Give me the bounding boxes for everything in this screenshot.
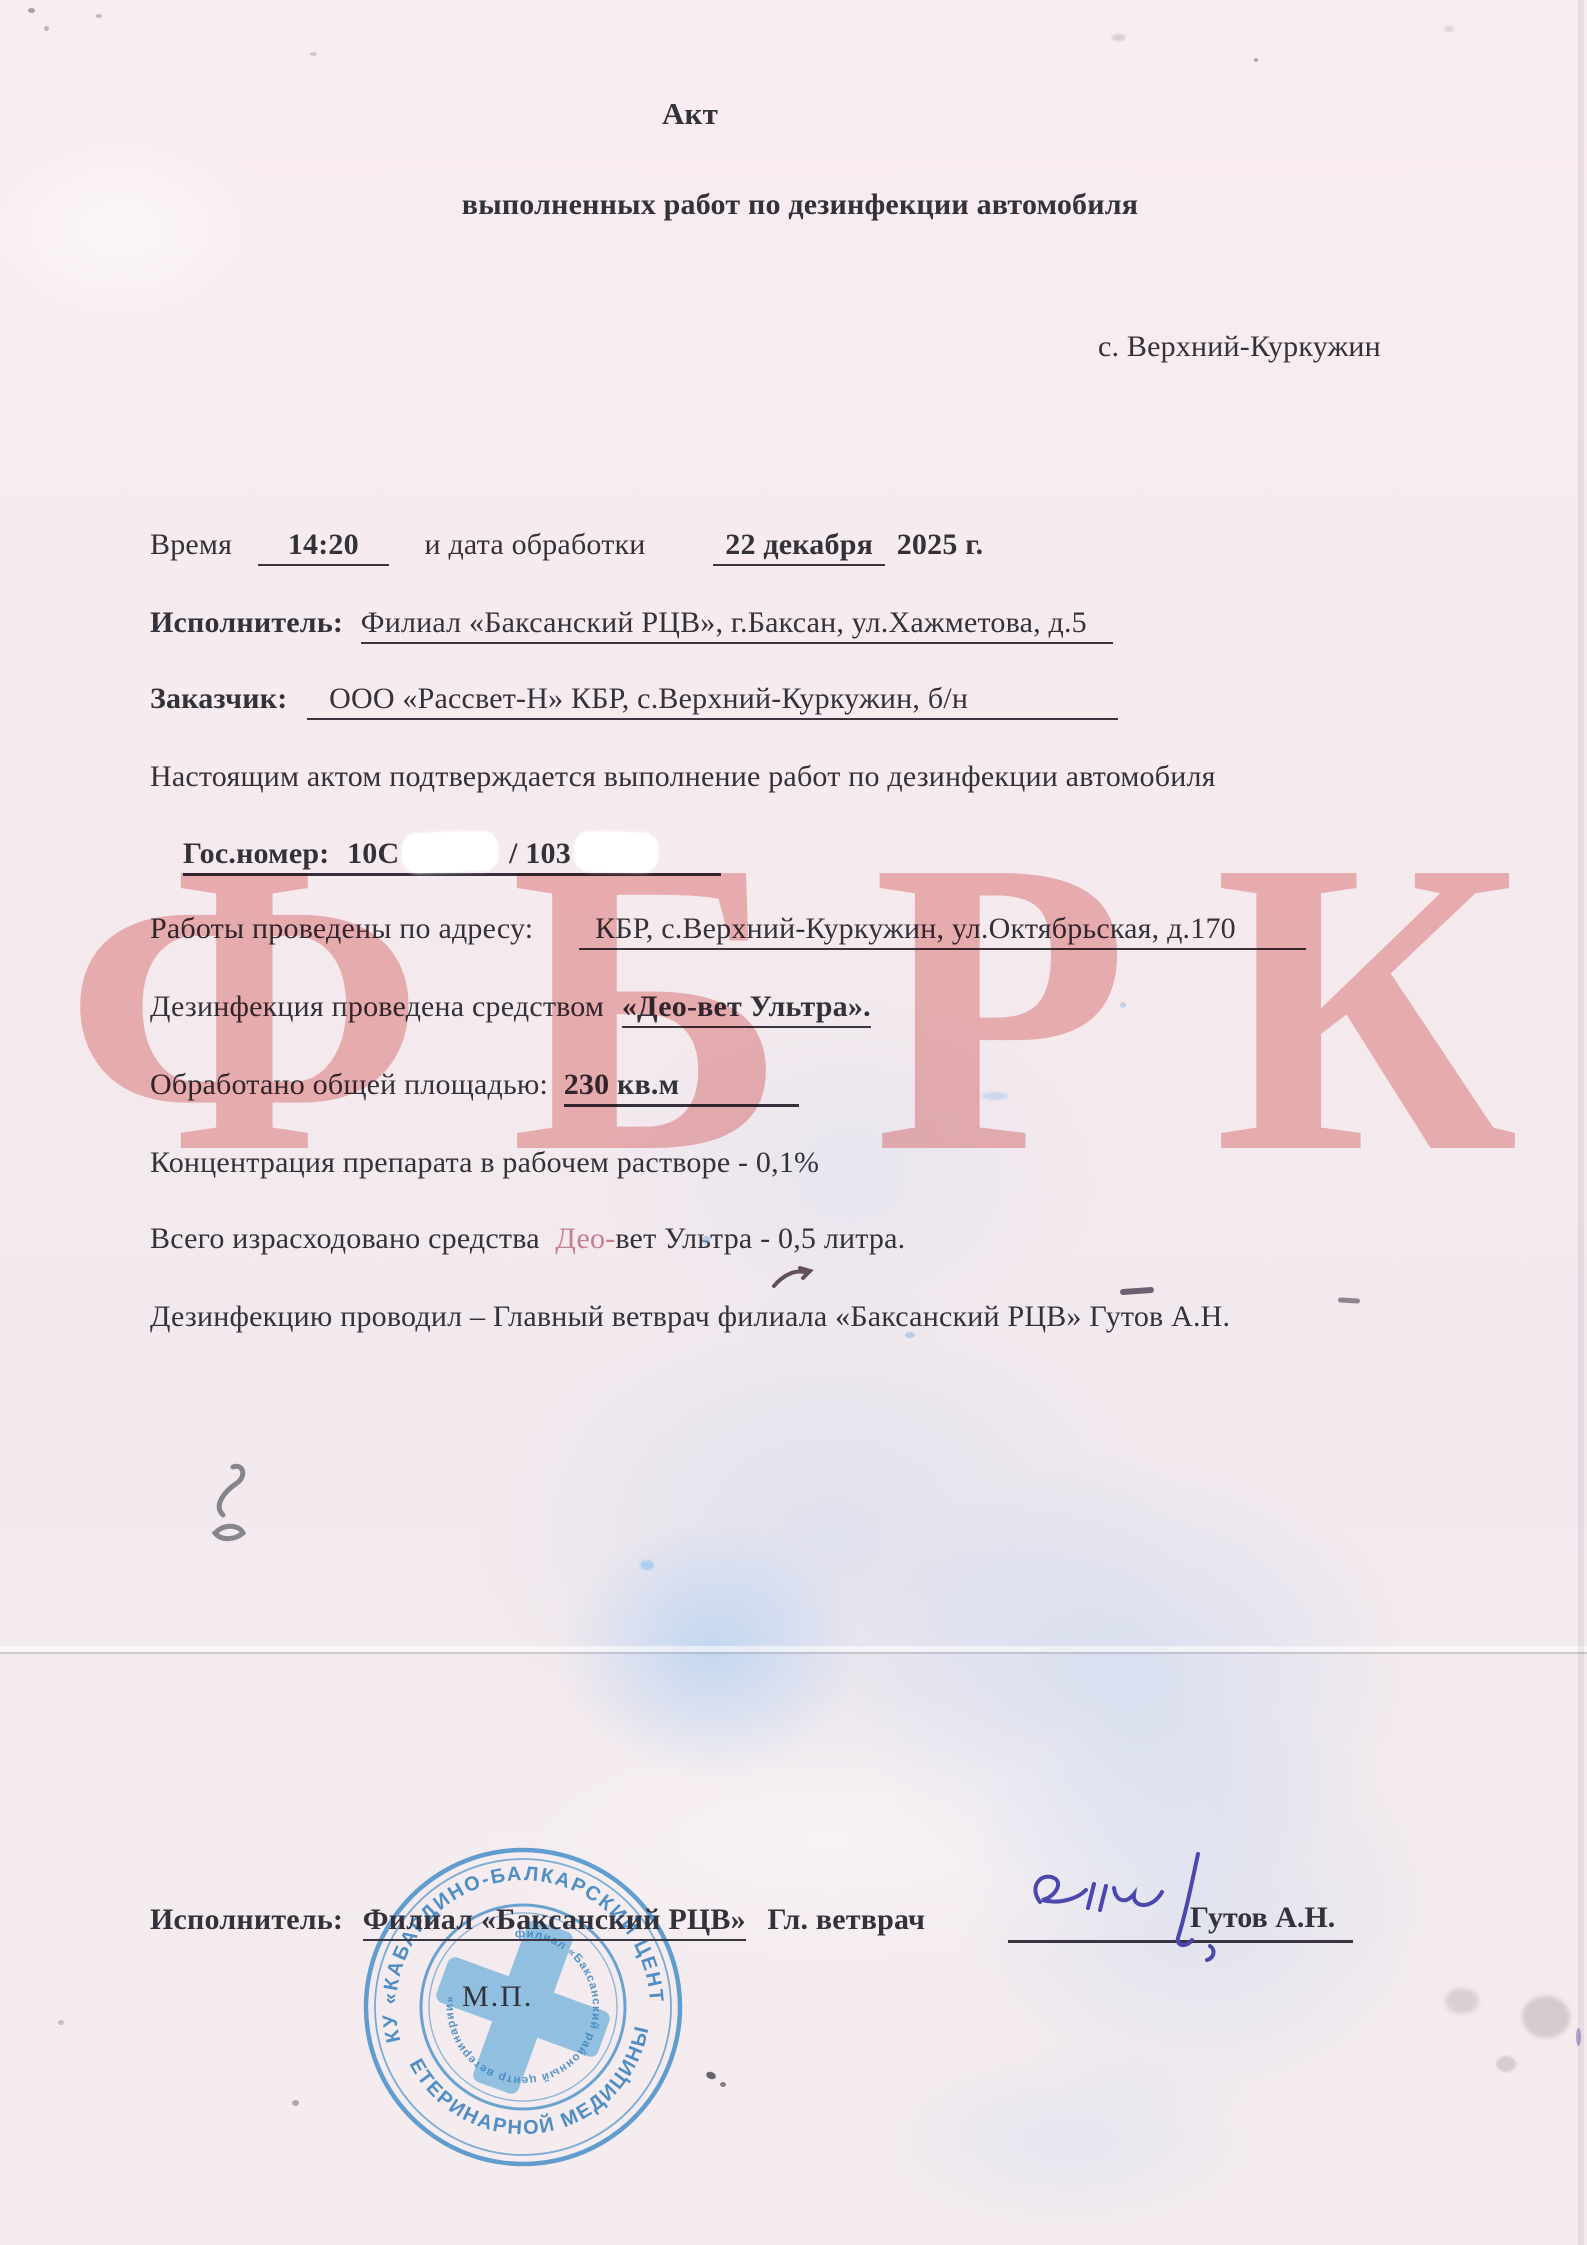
area-label: Обработано общей площадью: <box>150 1068 548 1101</box>
document-location: с. Верхний-Куркужин <box>1098 330 1381 364</box>
executor-label: Исполнитель: <box>150 606 343 639</box>
address-line: Работы проведены по адресу: КБР, с.Верхн… <box>150 912 1306 946</box>
redaction-box <box>573 831 658 873</box>
consumed-prefix: Всего израсходовано средства <box>150 1222 540 1255</box>
document-subtitle: выполненных работ по дезинфекции автомоб… <box>200 188 1400 222</box>
bottom-executor-label: Исполнитель: <box>150 1903 343 1936</box>
agent-value: «Део-вет Ультра». <box>622 990 871 1028</box>
address-value: КБР, с.Верхний-Куркужин, ул.Октябрьская,… <box>579 912 1306 950</box>
bottom-executor-org: Филиал «Баксанский РЦВ» <box>363 1903 746 1941</box>
time-date-line: Время 14:20 и дата обработки 22 декабря … <box>150 528 983 562</box>
consumed-suffix: вет Ультра - 0,5 литра. <box>615 1222 905 1255</box>
area-line: Обработано общей площадью: 230 кв.м <box>150 1068 799 1102</box>
gos-number-part1: 10С <box>347 837 399 870</box>
date-year: 2025 г. <box>897 528 984 561</box>
stamp-place-mark: М.П. <box>462 1980 533 2014</box>
bottom-role: Гл. ветврач <box>768 1903 926 1936</box>
signature-line: Исполнитель: Филиал «Баксанский РЦВ» Гл.… <box>150 1903 925 1937</box>
area-value: 230 кв.м <box>564 1068 800 1107</box>
document-title: Акт <box>560 96 820 132</box>
gos-number-content: Гос.номер: 10С / 103 <box>183 837 721 876</box>
agent-line: Дезинфекция проведена средством «Део-вет… <box>150 990 871 1024</box>
executor-value: Филиал «Баксанский РЦВ», г.Баксан, ул.Ха… <box>361 606 1113 644</box>
gos-number-label: Гос.номер: <box>183 837 329 870</box>
executor-line: Исполнитель: Филиал «Баксанский РЦВ», г.… <box>150 606 1113 640</box>
time-value: 14:20 <box>258 528 389 566</box>
signer-name: Гутов А.Н. <box>1190 1901 1335 1935</box>
customer-value: ООО «Рассвет-Н» КБР, с.Верхний-Куркужин,… <box>307 682 1118 720</box>
date-label: и дата обработки <box>425 528 646 561</box>
date-value: 22 декабря <box>713 528 885 566</box>
customer-label: Заказчик: <box>150 682 287 715</box>
concentration-line: Концентрация препарата в рабочем раствор… <box>150 1146 819 1180</box>
address-label: Работы проведены по адресу: <box>150 912 533 945</box>
agent-label: Дезинфекция проведена средством <box>150 990 604 1023</box>
consumed-line: Всего израсходовано средства Део-вет Уль… <box>150 1222 905 1256</box>
statement-line: Настоящим актом подтверждается выполнени… <box>150 760 1216 794</box>
scanned-document-page: { "title": { "line1": "Акт", "line2": "в… <box>0 0 1587 2245</box>
customer-line: Заказчик: ООО «Рассвет-Н» КБР, с.Верхний… <box>150 682 1118 716</box>
redaction-box <box>402 830 499 873</box>
consumed-agent-faded: Део- <box>555 1222 615 1255</box>
time-label: Время <box>150 528 232 561</box>
gos-number-part2: / 103 <box>509 837 571 870</box>
gos-number-line: Гос.номер: 10С / 103 <box>183 836 721 876</box>
conducted-by-line: Дезинфекцию проводил – Главный ветврач ф… <box>150 1300 1230 1334</box>
